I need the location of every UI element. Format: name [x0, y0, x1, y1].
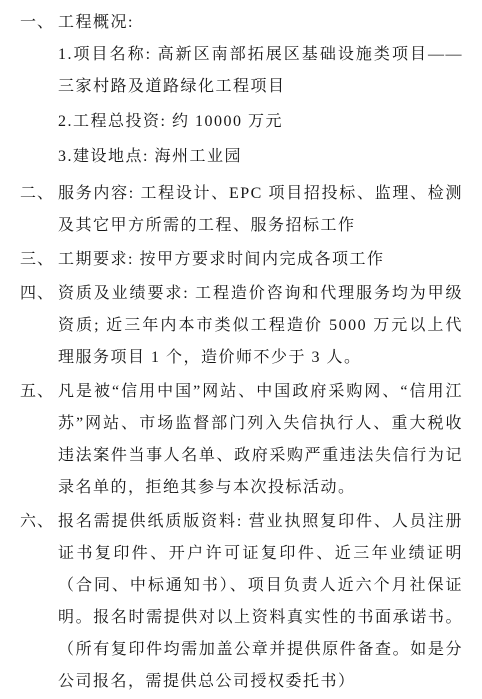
- list-item: 四、 资质及业绩要求: 工程造价咨询和代理服务均为甲级资质; 近三年内本市类似工…: [20, 278, 463, 374]
- item-body: 凡是被“信用中国”网站、中国政府采购网、“信用江苏”网站、市场监督部门列入失信执…: [58, 376, 463, 504]
- item-marker: 一、: [20, 7, 58, 39]
- document-list: 一、 工程概况:1.项目名称: 高新区南部拓展区基础设施类项目——三家村路及道路…: [20, 7, 463, 698]
- item-text: 资质及业绩要求: 工程造价咨询和代理服务均为甲级资质; 近三年内本市类似工程造价…: [58, 278, 463, 374]
- list-item: 三、 工期要求: 按甲方要求时间内完成各项工作: [20, 244, 463, 276]
- list-item: 二、 服务内容: 工程设计、EPC 项目招投标、监理、检测及其它甲方所需的工程、…: [20, 178, 463, 242]
- item-text: 服务内容: 工程设计、EPC 项目招投标、监理、检测及其它甲方所需的工程、服务招…: [58, 178, 463, 242]
- item-marker: 五、: [20, 376, 58, 408]
- item-marker: 二、: [20, 178, 58, 210]
- item-body: 工程概况:1.项目名称: 高新区南部拓展区基础设施类项目——三家村路及道路绿化工…: [58, 7, 463, 176]
- item-body: 报名需提供纸质版资料: 营业执照复印件、人员注册证书复印件、开户许可证复印件、近…: [58, 506, 463, 698]
- document-page: 一、 工程概况:1.项目名称: 高新区南部拓展区基础设施类项目——三家村路及道路…: [0, 0, 482, 699]
- list-item: 一、 工程概况:1.项目名称: 高新区南部拓展区基础设施类项目——三家村路及道路…: [20, 7, 463, 176]
- list-item: 五、 凡是被“信用中国”网站、中国政府采购网、“信用江苏”网站、市场监督部门列入…: [20, 376, 463, 504]
- item-text: 凡是被“信用中国”网站、中国政府采购网、“信用江苏”网站、市场监督部门列入失信执…: [58, 376, 463, 504]
- list-item: 六、 报名需提供纸质版资料: 营业执照复印件、人员注册证书复印件、开户许可证复印…: [20, 506, 463, 698]
- item-marker: 六、: [20, 506, 58, 538]
- item-subitem: 2.工程总投资: 约 10000 万元: [58, 106, 463, 138]
- item-body: 服务内容: 工程设计、EPC 项目招投标、监理、检测及其它甲方所需的工程、服务招…: [58, 178, 463, 242]
- item-subitem: 1.项目名称: 高新区南部拓展区基础设施类项目——三家村路及道路绿化工程项目: [58, 39, 463, 103]
- item-marker: 四、: [20, 278, 58, 310]
- item-body: 工期要求: 按甲方要求时间内完成各项工作: [58, 244, 463, 276]
- item-body: 资质及业绩要求: 工程造价咨询和代理服务均为甲级资质; 近三年内本市类似工程造价…: [58, 278, 463, 374]
- item-subitem: 3.建设地点: 海州工业园: [58, 141, 463, 173]
- item-title: 工程概况:: [58, 7, 463, 39]
- item-marker: 三、: [20, 244, 58, 276]
- item-text: 报名需提供纸质版资料: 营业执照复印件、人员注册证书复印件、开户许可证复印件、近…: [58, 506, 463, 698]
- item-text: 工期要求: 按甲方要求时间内完成各项工作: [58, 244, 463, 276]
